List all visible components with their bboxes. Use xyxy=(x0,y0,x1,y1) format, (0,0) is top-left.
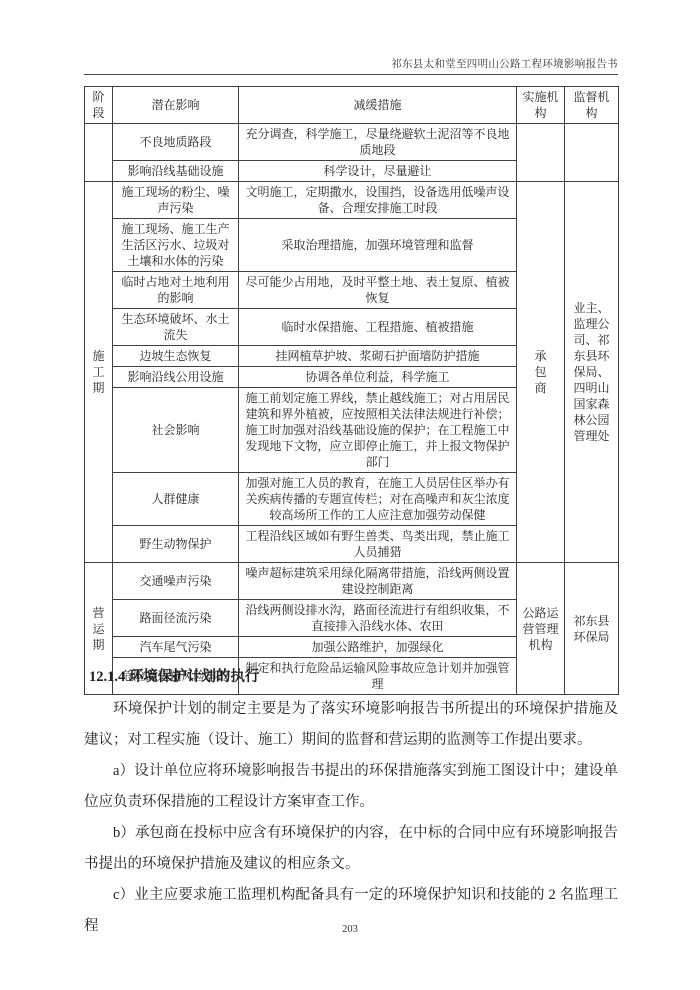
measure-cell: 施工前划定施工界线，禁止越线施工；对占用居民建筑和界外植被，应按照相关法律法规进… xyxy=(239,388,517,473)
impact-cell: 野生动物保护 xyxy=(113,526,239,563)
measure-cell: 尽可能少占用地，及时平整土地、表土复原、植被恢复 xyxy=(239,272,517,309)
impact-cell: 临时占地对土地利用的影响 xyxy=(113,272,239,309)
impact-cell: 不良地质路段 xyxy=(113,124,239,161)
col-header-implementer: 实施机构 xyxy=(517,87,565,124)
measure-cell: 加强对施工人员的教育，在施工人员居住区举办有关疾病传播的专题宣传栏；对在高噪声和… xyxy=(239,473,517,526)
measure-cell: 协调各单位利益，科学施工 xyxy=(239,367,517,388)
table-row: 施工期 施工现场的粉尘、噪声污染 文明施工，定期撒水，设围挡，设备选用低噪声设备… xyxy=(85,182,619,219)
impact-cell: 生态环境破坏、水土流失 xyxy=(113,309,239,346)
impact-cell: 社会影响 xyxy=(113,388,239,473)
phase-cell: 施工期 xyxy=(85,182,113,563)
measure-cell: 噪声超标建筑采用绿化隔离带措施，沿线两侧设置建设控制距离 xyxy=(239,563,517,600)
measure-cell: 充分调查，科学施工，尽量绕避软土泥沼等不良地质地段 xyxy=(239,124,517,161)
impact-cell: 影响沿线基础设施 xyxy=(113,161,239,182)
paragraph: b）承包商在投标中应含有环境保护的内容，在中标的合同中应有环境影响报告书提出的环… xyxy=(84,818,618,880)
col-header-impact: 潜在影响 xyxy=(113,87,239,124)
mitigation-measures-table: 阶段 潜在影响 减缓措施 实施机构 监督机构 不良地质路段 充分调查，科学施工，… xyxy=(84,86,619,695)
col-header-measure: 减缓措施 xyxy=(239,87,517,124)
measure-cell: 沿线两侧设排水沟，路面径流进行有组织收集，不直接排入沿线水体、农田 xyxy=(239,600,517,637)
supervisor-cell xyxy=(565,124,619,182)
impact-cell: 汽车尾气污染 xyxy=(113,637,239,658)
implementer-cell xyxy=(517,124,565,182)
table-row: 营运期 交通噪声污染 噪声超标建筑采用绿化隔离带措施，沿线两侧设置建设控制距离 … xyxy=(85,563,619,600)
measure-cell: 工程沿线区域如有野生兽类、鸟类出现，禁止施工人员捕猎 xyxy=(239,526,517,563)
running-header-title: 祁东县太和堂至四明山公路工程环境影响报告书 xyxy=(84,56,618,71)
table-row: 不良地质路段 充分调查，科学施工，尽量绕避软土泥沼等不良地质地段 xyxy=(85,124,619,161)
paragraph: a）设计单位应将环境影响报告书提出的环保措施落实到施工图设计中；建设单位应负责环… xyxy=(84,756,618,818)
impact-cell: 交通噪声污染 xyxy=(113,563,239,600)
phase-cell xyxy=(85,124,113,182)
measure-cell: 采取治理措施，加强环境管理和监督 xyxy=(239,219,517,272)
impact-cell: 路面径流污染 xyxy=(113,600,239,637)
impact-cell: 影响沿线公用设施 xyxy=(113,367,239,388)
measure-cell: 挂网植草护坡、浆砌石护面墙防护措施 xyxy=(239,346,517,367)
impact-cell: 人群健康 xyxy=(113,473,239,526)
measure-cell: 科学设计，尽量避让 xyxy=(239,161,517,182)
impact-cell: 施工现场的粉尘、噪声污染 xyxy=(113,182,239,219)
section-heading: 12.1.4 环境保护计划的执行 xyxy=(84,666,618,688)
page-number: 203 xyxy=(0,924,700,935)
supervisor-cell: 业主、监理公司、祁东县环保局、四明山国家森林公园管理处 xyxy=(565,182,619,563)
col-header-supervisor: 监督机构 xyxy=(565,87,619,124)
section-12-1-4: 12.1.4 环境保护计划的执行 环境保护计划的制定主要是为了落实环境影响报告书… xyxy=(84,666,618,942)
header-rule xyxy=(84,74,618,75)
paragraph: 环境保护计划的制定主要是为了落实环境影响报告书所提出的环境保护措施及建议；对工程… xyxy=(84,694,618,756)
measure-cell: 加强公路维护，加强绿化 xyxy=(239,637,517,658)
document-page: 祁东县太和堂至四明山公路工程环境影响报告书 阶段 潜在影响 减缓措施 实施机构 … xyxy=(0,0,700,990)
measure-cell: 临时水保措施、工程措施、植被措施 xyxy=(239,309,517,346)
impact-cell: 施工现场、施工生产生活区污水、垃圾对土壤和水体的污染 xyxy=(113,219,239,272)
table-header-row: 阶段 潜在影响 减缓措施 实施机构 监督机构 xyxy=(85,87,619,124)
impact-cell: 边坡生态恢复 xyxy=(113,346,239,367)
col-header-phase: 阶段 xyxy=(85,87,113,124)
measure-cell: 文明施工，定期撒水，设围挡，设备选用低噪声设备、合理安排施工时段 xyxy=(239,182,517,219)
implementer-cell: 承包商 xyxy=(517,182,565,563)
